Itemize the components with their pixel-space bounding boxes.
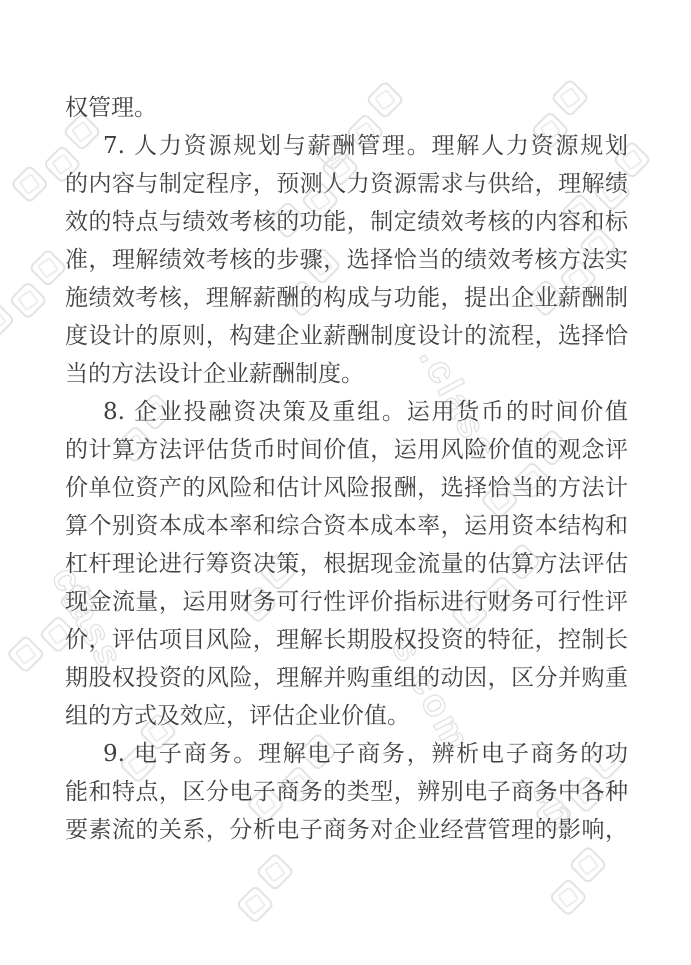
document-page: .classs.comenclass 权管理。7. 人力资源规划与薪酬管理。理解… — [0, 0, 691, 965]
watermark-seal-glyph — [28, 248, 68, 288]
watermark-seal-glyph — [0, 300, 15, 340]
text-line: 效的特点与绩效考核的功能，制定绩效考核的内容和标 — [65, 203, 628, 241]
watermark-seal-icon — [542, 845, 614, 917]
text-line: 期股权投资的风险，理解并购重组的动因，区分并购重 — [65, 659, 628, 697]
text-line: 的内容与制定程序，预测人力资源需求与供给，理解绩 — [65, 165, 628, 203]
watermark-seal-glyph — [8, 281, 48, 321]
watermark-seal-glyph — [10, 164, 50, 204]
text-line: 施绩效考核，理解薪酬的构成与功能，提出企业薪酬制 — [65, 279, 628, 317]
watermark-seal-icon — [229, 852, 301, 924]
watermark-seal-glyph — [6, 634, 46, 674]
text-line: 准，理解绩效考核的步骤，选择恰当的绩效考核方法实 — [65, 241, 628, 279]
text-line: 9. 电子商务。理解电子商务，辨析电子商务的功 — [65, 735, 628, 773]
text-line: 7. 人力资源规划与薪酬管理。理解人力资源规划 — [65, 127, 628, 165]
text-line: 价，评估项目风险，理解长期股权投资的特征，控制长 — [65, 621, 628, 659]
text-line: 8. 企业投融资决策及重组。运用货币的时间价值 — [65, 393, 628, 431]
text-line: 现金流量，运用财务可行性评价指标进行财务可行性评 — [65, 583, 628, 621]
text-line: 当的方法设计企业薪酬制度。 — [65, 355, 628, 393]
watermark-seal-glyph — [548, 878, 588, 918]
text-line: 组的方式及效应，评估企业价值。 — [65, 697, 628, 735]
watermark-seal-icon — [0, 248, 74, 346]
text-line: 价单位资产的风险和估计风险报酬，选择恰当的方法计 — [65, 469, 628, 507]
text-line: 权管理。 — [65, 89, 628, 127]
watermark-seal-glyph — [568, 845, 608, 885]
document-text: 权管理。7. 人力资源规划与薪酬管理。理解人力资源规划的内容与制定程序，预测人力… — [65, 89, 628, 849]
text-line: 杠杆理论进行筹资决策，根据现金流量的估算方法评估 — [65, 545, 628, 583]
text-line: 要素流的关系，分析电子商务对企业经营管理的影响， — [65, 811, 628, 849]
text-line: 的计算方法评估货币时间价值，运用风险价值的观念评 — [65, 431, 628, 469]
text-line: 能和特点，区分电子商务的类型，辨别电子商务中各种 — [65, 773, 628, 811]
watermark-seal-glyph — [235, 885, 275, 925]
watermark-seal-glyph — [255, 852, 295, 892]
text-line: 度设计的原则，构建企业薪酬制度设计的流程，选择恰 — [65, 317, 628, 355]
text-line: 算个别资本成本率和综合资本成本率，运用资本结构和 — [65, 507, 628, 545]
